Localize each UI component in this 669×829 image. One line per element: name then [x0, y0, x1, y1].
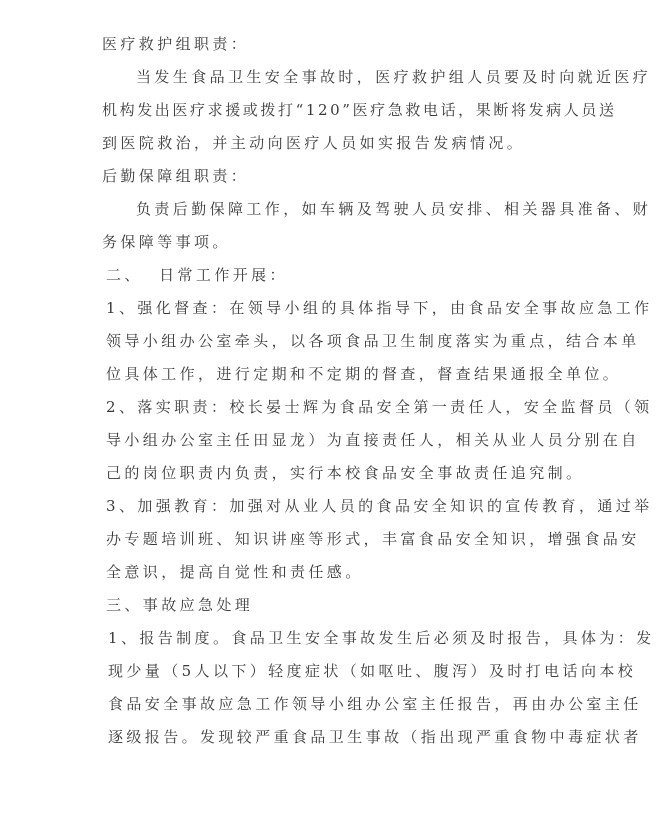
- list-item-line: 3、加强教育：加强对从业人员的食品安全知识的宣传教育，通过举: [102, 493, 552, 526]
- paragraph-line: 当发生食品卫生安全事故时，医疗救护组人员要及时向就近医疗: [102, 64, 552, 97]
- section-heading-logistics: 后勤保障组职责：: [102, 163, 552, 196]
- list-item-line: 2、落实职责：校长晏士辉为食品安全第一责任人，安全监督员（领: [102, 394, 552, 427]
- list-item-line: 现少量（5人以下）轻度症状（如呕吐、腹泻）及时打电话向本校: [102, 658, 552, 691]
- list-item-line: 己的岗位职责内负责，实行本校食品安全事故责任追究制。: [102, 460, 552, 493]
- paragraph-line: 务保障等事项。: [102, 229, 552, 262]
- document-body: 医疗救护组职责： 当发生食品卫生安全事故时，医疗救护组人员要及时向就近医疗 机构…: [102, 31, 552, 757]
- paragraph-line: 到医院救治，并主动向医疗人员如实报告发病情况。: [102, 130, 552, 163]
- paragraph-line: 负责后勤保障工作，如车辆及驾驶人员安排、相关器具准备、财: [102, 196, 552, 229]
- list-item-line: 导小组办公室主任田显龙）为直接责任人，相关从业人员分别在自: [102, 427, 552, 460]
- section-heading-daily-work: 二、 日常工作开展：: [102, 262, 552, 295]
- paragraph-line: 机构发出医疗求援或拨打“120”医疗急救电话，果断将发病人员送: [102, 97, 552, 130]
- list-item-line: 食品安全事故应急工作领导小组办公室主任报告，再由办公室主任: [102, 691, 552, 724]
- section-heading-medical: 医疗救护组职责：: [102, 31, 552, 64]
- list-item-line: 办专题培训班、知识讲座等形式，丰富食品安全知识，增强食品安: [102, 526, 552, 559]
- list-item-line: 1、报告制度。食品卫生安全事故发生后必须及时报告，具体为：发: [102, 625, 552, 658]
- list-item-line: 1、强化督查：在领导小组的具体指导下，由食品安全事故应急工作: [102, 295, 552, 328]
- document-page: 医疗救护组职责： 当发生食品卫生安全事故时，医疗救护组人员要及时向就近医疗 机构…: [0, 0, 669, 829]
- list-item-line: 领导小组办公室牵头，以各项食品卫生制度落实为重点，结合本单: [102, 328, 552, 361]
- list-item-line: 逐级报告。发现较严重食品卫生事故（指出现严重食物中毒症状者: [102, 724, 552, 757]
- list-item-line: 位具体工作，进行定期和不定期的督查，督查结果通报全单位。: [102, 361, 552, 394]
- list-item-line: 全意识，提高自觉性和责任感。: [102, 559, 552, 592]
- section-heading-emergency: 三、事故应急处理: [102, 592, 552, 625]
